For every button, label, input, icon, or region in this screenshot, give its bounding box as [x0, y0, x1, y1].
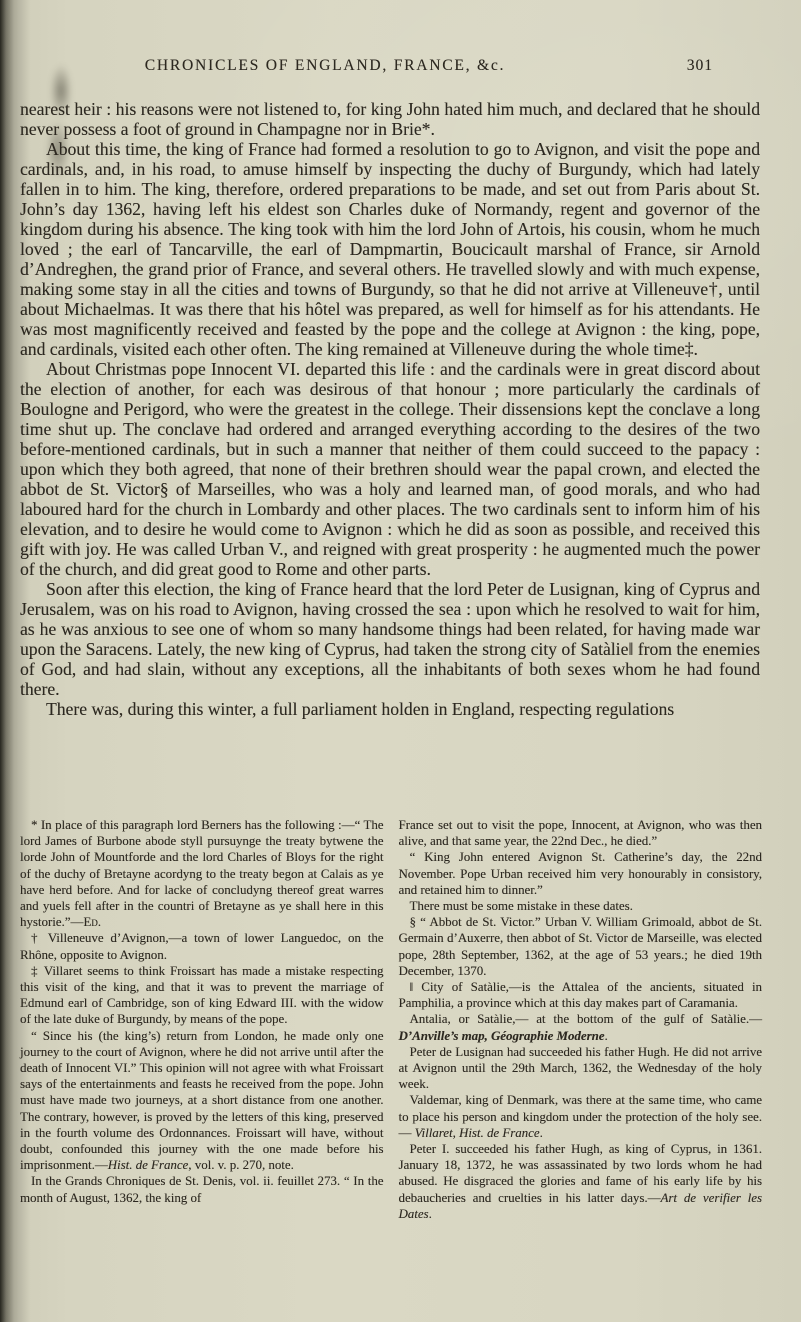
footnote-paragraph: In the Grands Chroniques de St. Denis, v…	[20, 1173, 384, 1205]
text-segment: About Christmas pope Innocent VI. depart…	[20, 359, 760, 579]
footnote-paragraph: ‡ Villaret seems to think Froissart has …	[20, 963, 384, 1028]
text-segment: About this time, the king of France had …	[20, 139, 760, 359]
text-segment: † Villeneuve d’Avignon,—a town of lower …	[20, 931, 384, 961]
text-segment: .	[605, 1029, 608, 1043]
text-segment: “ King John entered Avignon St. Catherin…	[399, 850, 763, 896]
text-segment: Soon after this election, the king of Fr…	[20, 579, 760, 699]
book-page-scan: CHRONICLES OF ENGLAND, FRANCE, &c. 301 n…	[0, 0, 801, 1322]
text-segment: France set out to visit the pope, Innoce…	[399, 818, 763, 848]
text-segment: Ed	[83, 915, 97, 929]
text-segment: There must be some mistake in these date…	[410, 899, 633, 913]
text-segment: Peter de Lusignan had succeeded his fath…	[399, 1045, 763, 1091]
text-segment: ‖ City of Satàlie,—is the Attalea of the…	[399, 980, 763, 1010]
text-segment: Antalia, or Satàlie,— at the bottom of t…	[410, 1012, 763, 1026]
footnote-paragraph: France set out to visit the pope, Innoce…	[399, 817, 763, 849]
text-segment: nearest heir : his reasons were not list…	[20, 99, 760, 139]
text-segment: .	[98, 915, 101, 929]
text-segment: D’Anville’s map, Géographie Moderne	[399, 1029, 605, 1043]
footnote-paragraph: † Villeneuve d’Avignon,—a town of lower …	[20, 930, 384, 962]
footnotes: * In place of this paragraph lord Berner…	[20, 817, 762, 1222]
text-segment: ‡ Villaret seems to think Froissart has …	[20, 964, 384, 1027]
running-title: CHRONICLES OF ENGLAND, FRANCE, &c.	[145, 57, 505, 75]
text-segment: * In place of this paragraph lord Berner…	[20, 818, 384, 929]
footnote-paragraph: There must be some mistake in these date…	[399, 898, 763, 914]
body-paragraph: Soon after this election, the king of Fr…	[20, 579, 760, 699]
text-segment: .	[429, 1207, 432, 1221]
footnote-paragraph: * In place of this paragraph lord Berner…	[20, 817, 384, 930]
text-segment: , vol. v. p. 270, note.	[188, 1158, 294, 1172]
page-header: CHRONICLES OF ENGLAND, FRANCE, &c. 301	[0, 57, 801, 79]
footnote-paragraph: Peter I. succeeded his father Hugh, as k…	[399, 1141, 763, 1222]
text-segment: There was, during this winter, a full pa…	[46, 699, 674, 719]
footnote-paragraph: § “ Abbot de St. Victor.” Urban V. Willi…	[399, 914, 763, 979]
footnote-paragraph: Antalia, or Satàlie,— at the bottom of t…	[399, 1011, 763, 1043]
footnotes-left-column: * In place of this paragraph lord Berner…	[20, 817, 384, 1222]
body-text: nearest heir : his reasons were not list…	[20, 99, 760, 719]
footnote-paragraph: Valdemar, king of Denmark, was there at …	[399, 1092, 763, 1141]
body-paragraph: There was, during this winter, a full pa…	[20, 699, 760, 719]
text-segment: In the Grands Chroniques de St. Denis, v…	[20, 1174, 384, 1204]
text-segment: Hist. de France	[108, 1158, 189, 1172]
footnote-paragraph: “ King John entered Avignon St. Catherin…	[399, 849, 763, 898]
text-segment: “ Since his (the king’s) return from Lon…	[20, 1029, 384, 1173]
footnote-paragraph: ‖ City of Satàlie,—is the Attalea of the…	[399, 979, 763, 1011]
body-paragraph: About this time, the king of France had …	[20, 139, 760, 359]
footnote-paragraph: Peter de Lusignan had succeeded his fath…	[399, 1044, 763, 1093]
body-paragraph: About Christmas pope Innocent VI. depart…	[20, 359, 760, 579]
body-paragraph: nearest heir : his reasons were not list…	[20, 99, 760, 139]
footnotes-right-column: France set out to visit the pope, Innoce…	[399, 817, 763, 1222]
text-segment: § “ Abbot de St. Victor.” Urban V. Willi…	[399, 915, 763, 978]
text-segment: .	[540, 1126, 543, 1140]
page-number: 301	[687, 57, 713, 75]
footnote-paragraph: “ Since his (the king’s) return from Lon…	[20, 1028, 384, 1174]
text-segment: Villaret, Hist. de France	[415, 1126, 540, 1140]
